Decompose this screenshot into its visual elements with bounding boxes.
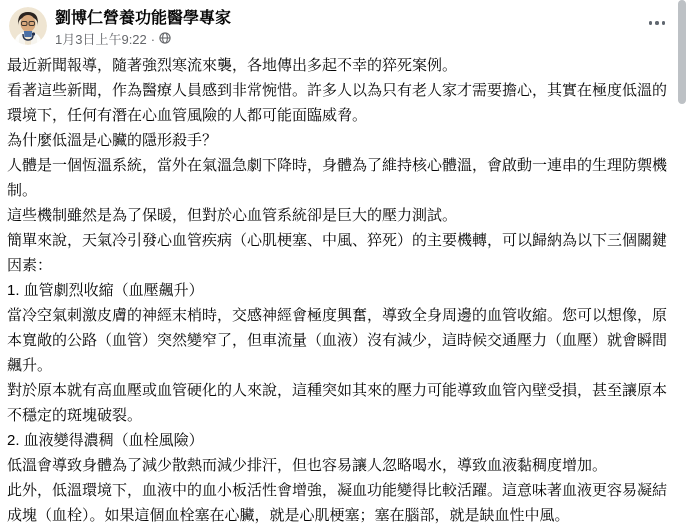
post-paragraph: 簡單來說，天氣冷引發心血管疾病（心肌梗塞、中風、猝死）的主要機轉，可以歸納為以下… (7, 228, 679, 278)
post-paragraph: 這些機制雖然是為了保暖，但對於心血管系統卻是巨大的壓力測試。 (7, 203, 679, 228)
avatar-image (9, 7, 47, 45)
post-paragraph: 低溫會導致身體為了減少散熱而減少排汗，但也容易讓人忽略喝水，導致血液黏稠度增加。 (7, 453, 679, 478)
post-paragraph: 此外，低溫環境下，血液中的血小板活性會增強，凝血功能變得比較活躍。這意味著血液更… (7, 478, 679, 526)
post-meta: 1月3日上午9:22 · (55, 31, 231, 48)
scrollbar-thumb[interactable] (678, 0, 686, 104)
header-text: 劉博仁營養功能醫學專家 1月3日上午9:22 · (55, 9, 231, 48)
ellipsis-icon (662, 21, 666, 25)
post-paragraph: 為什麼低溫是心臟的隱形殺手？ (7, 128, 679, 153)
post-paragraph: 1. 血管劇烈收縮（血壓飆升） (7, 278, 679, 303)
ellipsis-icon (649, 21, 653, 25)
post-paragraph: 人體是一個恆溫系統，當外在氣溫急劇下降時，身體為了維持核心體溫，會啟動一連串的生… (7, 153, 679, 203)
post-paragraph: 對於原本就有高血壓或血管硬化的人來說，這種突如其來的壓力可能導致血管內壁受損，甚… (7, 378, 679, 428)
post-paragraph: 當冷空氣刺激皮膚的神經末梢時，交感神經會極度興奮，導致全身周邊的血管收縮。您可以… (7, 303, 679, 378)
author-name[interactable]: 劉博仁營養功能醫學專家 (55, 9, 231, 28)
scrollbar-track[interactable] (677, 0, 687, 526)
post-header: 劉博仁營養功能醫學專家 1月3日上午9:22 · (0, 0, 687, 50)
post-paragraph: 2. 血液變得濃稠（血栓風險） (7, 428, 679, 453)
post-paragraph: 看著這些新聞，作為醫療人員感到非常惋惜。許多人以為只有老人家才需要擔心，其實在極… (7, 78, 679, 128)
facebook-post-page: 劉博仁營養功能醫學專家 1月3日上午9:22 · 最近新聞報導，隨著強烈寒流來襲… (0, 0, 687, 526)
avatar[interactable] (9, 7, 47, 45)
meta-separator: · (151, 32, 155, 48)
post-paragraph: 最近新聞報導，隨著強烈寒流來襲，各地傳出多起不幸的猝死案例。 (7, 53, 679, 78)
post-body: 最近新聞報導，隨著強烈寒流來襲，各地傳出多起不幸的猝死案例。看著這些新聞，作為醫… (7, 53, 679, 526)
more-options-button[interactable] (643, 13, 671, 33)
timestamp[interactable]: 1月3日上午9:22 (55, 32, 147, 48)
globe-icon (159, 32, 171, 48)
ellipsis-icon (655, 21, 659, 25)
